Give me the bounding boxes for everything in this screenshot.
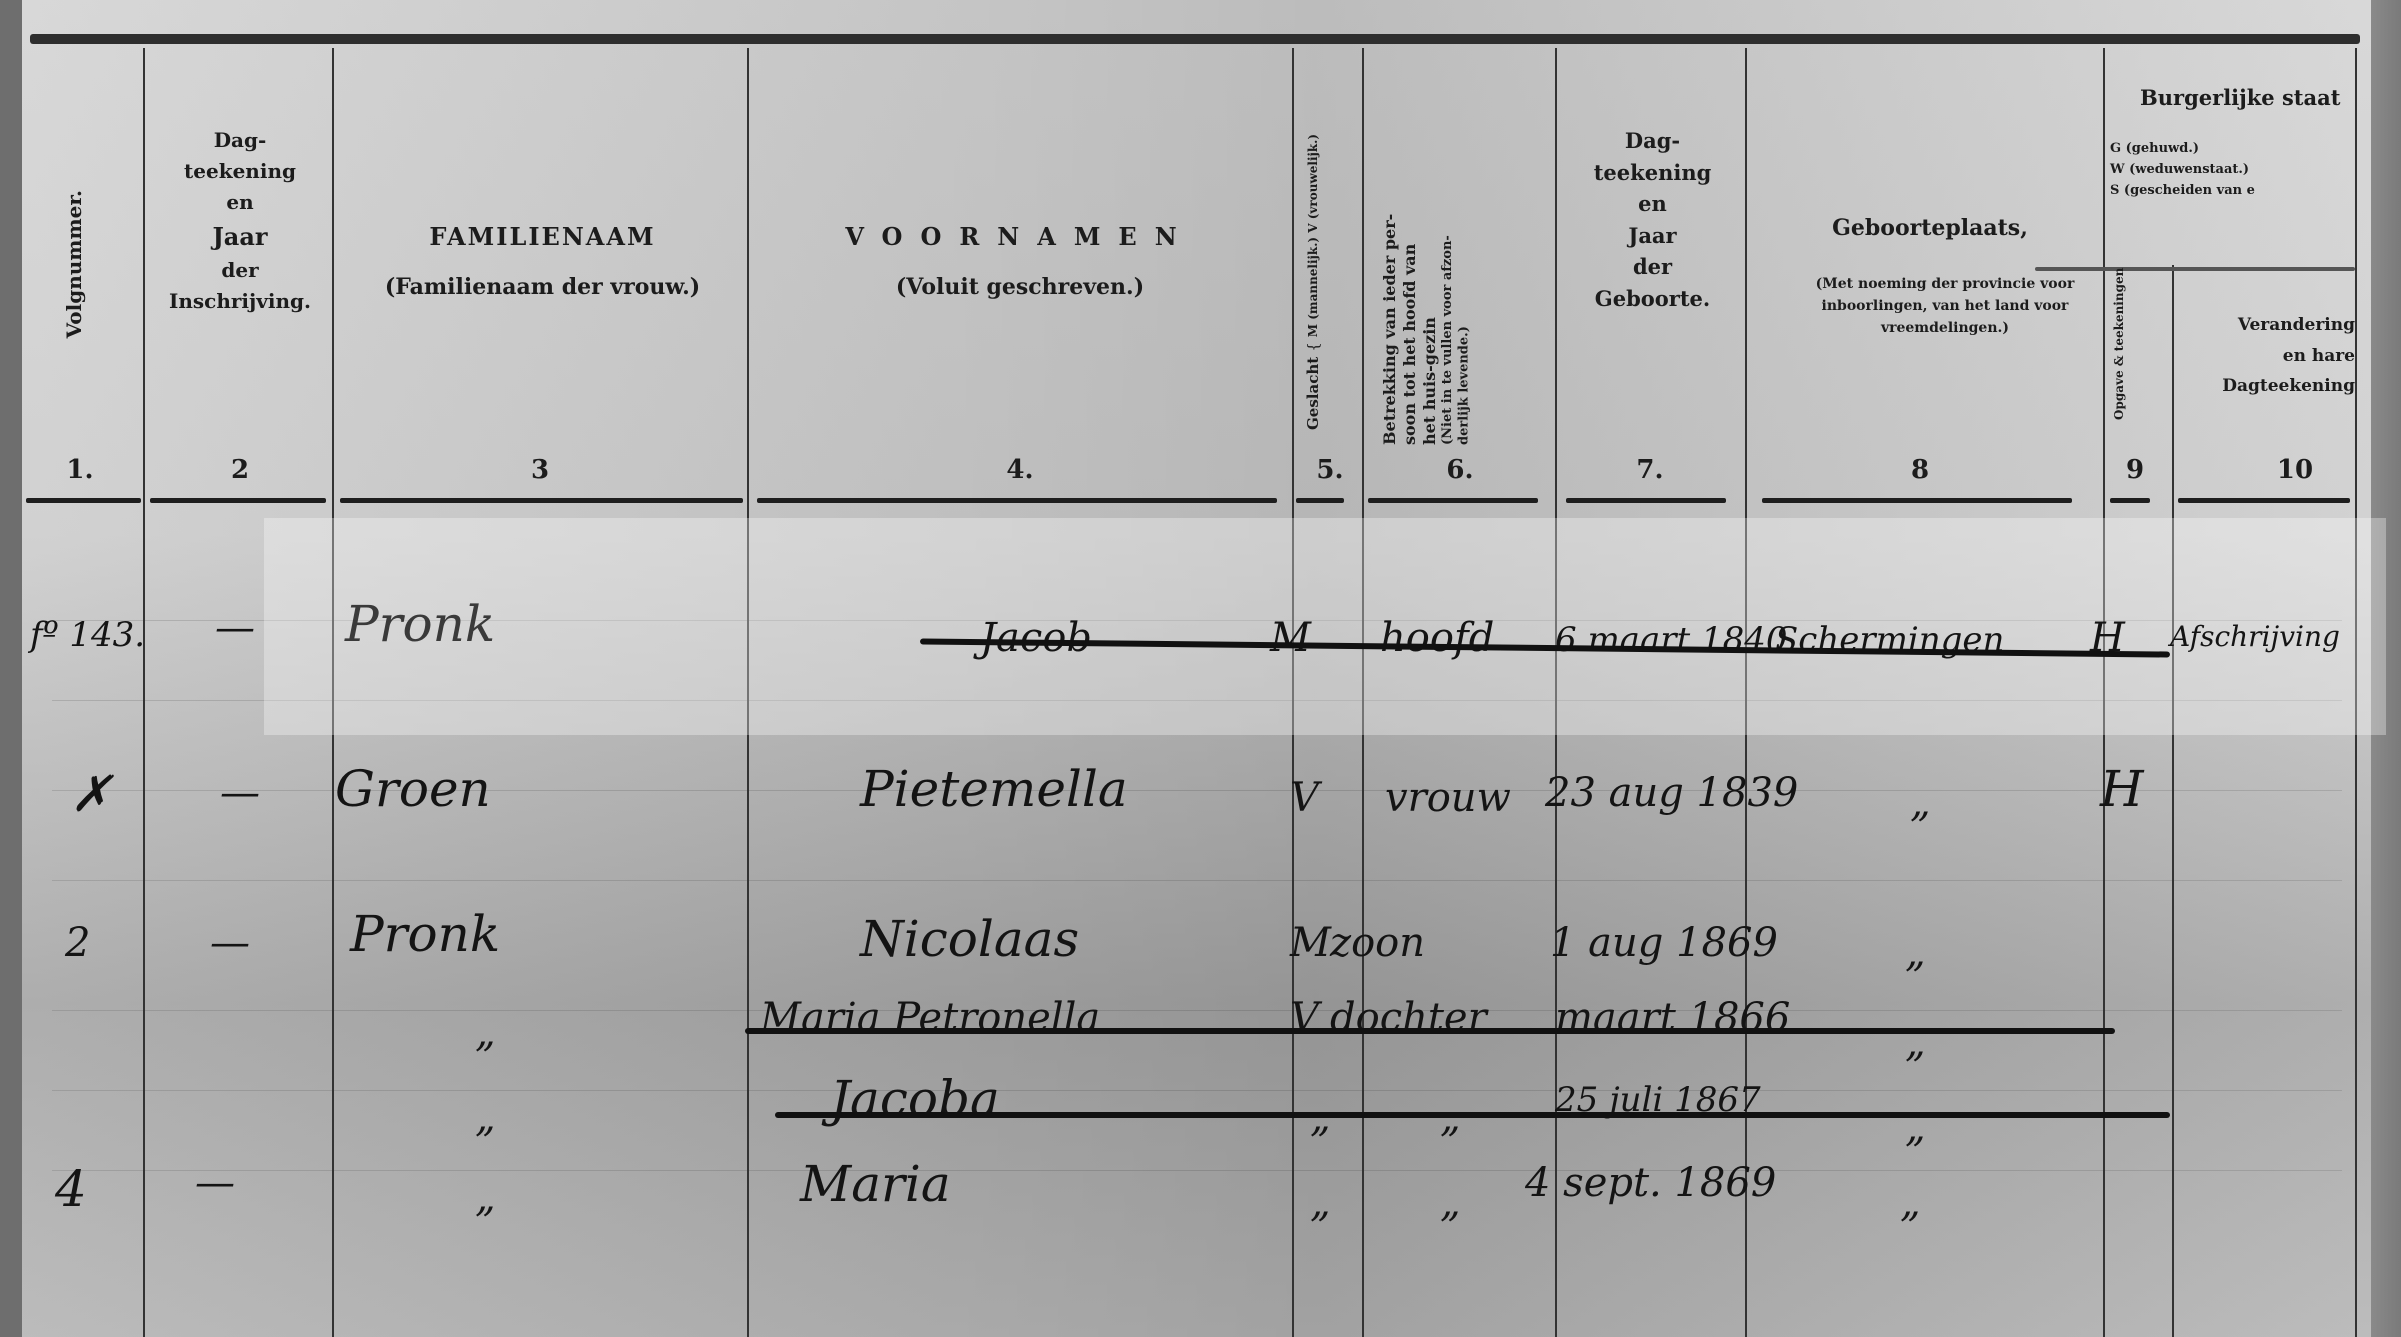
header-col9-sub: Opgave & teekeningen [2112, 290, 2127, 420]
cell-geboorteplaats: „ [1905, 1020, 1926, 1066]
header-rule [1296, 498, 1344, 503]
header-rule [150, 498, 326, 503]
header-line: Verandering [2180, 310, 2355, 341]
header-line: Dagteekening [2180, 371, 2355, 402]
header-rule [757, 498, 1277, 503]
column-divider [143, 48, 145, 1337]
header-title: FAMILIENAAM [340, 222, 745, 252]
header-geboorte: Dag- teekening en Jaar der Geboorte. [1560, 125, 1745, 314]
header-line: Inschrijving. [150, 286, 330, 317]
header-rule [2178, 498, 2350, 503]
ruled-line [52, 1090, 2342, 1091]
cell-voornamen: Maria [800, 1155, 951, 1213]
cell-familienaam: Pronk [345, 595, 495, 653]
header-burgerlijke-staat: Burgerlijke staat G (gehuwd.) W (weduwen… [2110, 85, 2360, 202]
header-options: M (mannelijk.) V (vrouwelijk.) [1306, 134, 1320, 337]
cell-geboorte: 23 aug 1839 [1545, 770, 1798, 816]
column-number: 8 [1900, 455, 1940, 485]
column-number: 1. [60, 455, 100, 485]
top-rule [30, 34, 2360, 44]
cell-volgnummer: fº 143. [30, 615, 145, 655]
column-number: 3 [520, 455, 560, 485]
column-number: 10 [2275, 455, 2315, 485]
header-rule [2110, 498, 2150, 503]
ruled-line [52, 880, 2342, 881]
cell-familienaam: „ [475, 1175, 496, 1221]
header-rule [1368, 498, 1538, 503]
cell-betrekking: zoon [1330, 920, 1425, 966]
header-title: Geslacht [1304, 357, 1322, 430]
header-line: teekening [150, 156, 330, 187]
header-title: Burgerlijke staat [2110, 85, 2360, 111]
column-number: 2 [220, 455, 260, 485]
cell-inschrijving: — [195, 1160, 235, 1206]
header-subtitle: (Met noeming der provincie voor inboorli… [1810, 273, 2080, 340]
header-line: Betrekking van ieder per- [1380, 65, 1400, 445]
cell-volgnummer: 2 [65, 920, 90, 966]
cell-verandering: Afschrijving [2170, 620, 2340, 653]
column-number: 4. [1000, 455, 1040, 485]
column-number: 7. [1630, 455, 1670, 485]
header-betrekking: Betrekking van ieder per- soon tot het h… [1380, 65, 1473, 445]
row-highlight [264, 518, 2386, 735]
cell-familienaam: Pronk [350, 905, 500, 963]
column-divider [2172, 265, 2174, 1337]
header-line: en [1560, 188, 1745, 220]
header-line: het huis-gezin [1420, 65, 1440, 445]
header-line: Dag- [150, 125, 330, 156]
cell-betrekking: „ [1440, 1180, 1461, 1226]
cell-geboorteplaats: „ [1900, 1180, 1921, 1226]
cell-burgerlijke-staat: H [2100, 760, 2144, 818]
cell-geslacht: „ [1310, 1095, 1331, 1141]
header-line: derlijk levende.) [1456, 65, 1472, 445]
header-line: Jaar [1560, 220, 1745, 252]
cell-geslacht: M [1290, 920, 1331, 966]
legend-item: W (weduwenstaat.) [2110, 160, 2360, 181]
header-line: Geboorte. [1560, 283, 1745, 315]
status-legend: G (gehuwd.) W (weduwenstaat.) S (geschei… [2110, 139, 2360, 201]
strikethrough [775, 1112, 2170, 1118]
header-subtitle: (Voluit geschreven.) [750, 274, 1290, 302]
cell-voornamen: Jacoba [830, 1070, 1000, 1128]
header-volgnummer: Volgnummer. [62, 190, 87, 338]
cell-familienaam: Groen [335, 760, 491, 818]
column-number: 9 [2115, 455, 2155, 485]
header-line: Jaar [150, 218, 330, 255]
header-line: soon tot het hoofd van [1400, 65, 1420, 445]
cell-geslacht: V [1290, 995, 1319, 1041]
header-line: en hare [2180, 341, 2355, 372]
header-line: der [150, 255, 330, 286]
cell-geslacht: M [1270, 615, 1311, 661]
header-title: VOORNAMEN [750, 222, 1290, 252]
header-verandering: Verandering en hare Dagteekening [2180, 310, 2355, 402]
strikethrough [745, 1028, 2115, 1034]
header-inschrijving: Dag- teekening en Jaar der Inschrijving. [150, 125, 330, 317]
legend-item: S (gescheiden van e [2110, 181, 2360, 202]
cell-geboorteplaats: „ [1910, 780, 1931, 826]
cell-betrekking: vrouw [1385, 775, 1511, 821]
cell-inschrijving: — [220, 770, 260, 816]
cell-inschrijving: — [210, 920, 250, 966]
header-line: (Niet in te vullen voor afzon- [1440, 65, 1456, 445]
column-number: 5. [1310, 455, 1350, 485]
column-number: 6. [1440, 455, 1480, 485]
cell-betrekking: „ [1440, 1095, 1461, 1141]
header-voornamen: VOORNAMEN (Voluit geschreven.) [750, 222, 1290, 302]
header-line: teekening [1560, 157, 1745, 189]
header-geboorteplaats: Geboorteplaats, (Met noeming der provinc… [1760, 215, 2100, 340]
cell-geboorte: 6 maart 1840 [1555, 620, 1787, 660]
cell-geslacht: „ [1310, 1180, 1331, 1226]
cell-betrekking: dochter [1330, 995, 1487, 1041]
header-line: Dag- [1560, 125, 1745, 157]
cell-familienaam: „ [475, 1010, 496, 1056]
cell-volgnummer: 4 [55, 1160, 87, 1218]
header-geslacht: Geslacht { M (mannelijk.) V (vrouwelijk.… [1304, 70, 1323, 430]
ruled-line [52, 1010, 2342, 1011]
cell-voornamen: Jacob [980, 615, 1092, 661]
cell-betrekking: hoofd [1380, 615, 1494, 661]
cell-geboorte: 1 aug 1869 [1550, 920, 1778, 966]
cell-geboorte: maart 1866 [1555, 995, 1790, 1041]
cell-inschrijving: — [215, 605, 255, 651]
header-rule [1566, 498, 1726, 503]
scan-left-border [0, 0, 22, 1337]
cell-familienaam: „ [475, 1095, 496, 1141]
cell-geboorteplaats: „ [1905, 930, 1926, 976]
cell-voornamen: Nicolaas [860, 910, 1079, 968]
cell-geboorte: 4 sept. 1869 [1525, 1160, 1776, 1206]
cell-volgnummer: ✗ [70, 765, 112, 823]
legend-item: G (gehuwd.) [2110, 139, 2360, 160]
cell-voornamen: Maria Petronella [760, 995, 1100, 1041]
ruled-line [52, 1170, 2342, 1171]
header-subtitle: (Familienaam der vrouw.) [340, 274, 745, 302]
header-line: en [150, 187, 330, 218]
header-line: der [1560, 251, 1745, 283]
cell-voornamen: Pietemella [860, 760, 1128, 818]
header-title: Geboorteplaats, [1760, 215, 2100, 243]
header-familienaam: FAMILIENAAM (Familienaam der vrouw.) [340, 222, 745, 302]
cell-geslacht: V [1290, 775, 1319, 821]
header-rule [26, 498, 141, 503]
header-rule [1762, 498, 2072, 503]
header-rule [340, 498, 743, 503]
